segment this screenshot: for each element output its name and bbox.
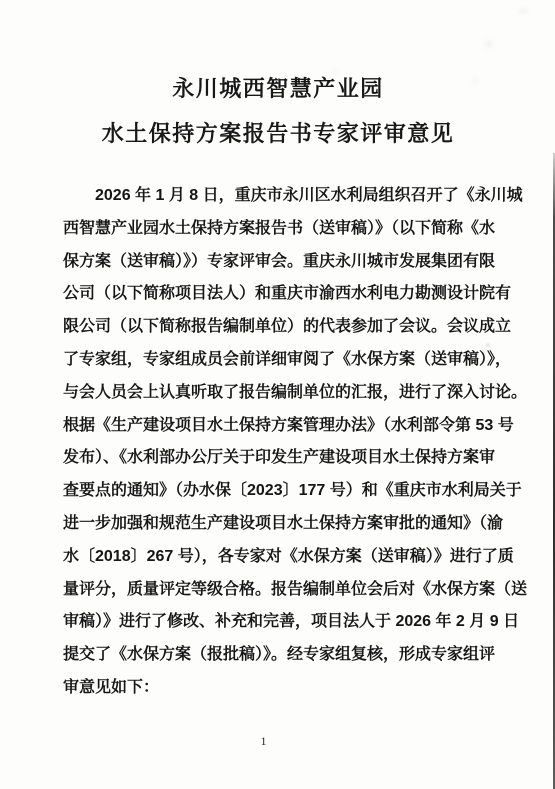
body-line: 保方案（送审稿）》）专家评审会。重庆永川城市发展集团有限 bbox=[63, 246, 494, 279]
scan-smudge bbox=[472, 78, 478, 84]
body-line: 量评分，质量评定等级合格。报告编制单位会后对《水保方案（送 bbox=[63, 574, 494, 607]
body-line: 限公司（以下简称报告编制单位）的代表参加了会议。会议成立 bbox=[63, 311, 494, 344]
body-line: 西智慧产业园水土保持方案报告书（送审稿）》（以下简称《水 bbox=[63, 213, 494, 246]
scan-smudge bbox=[486, 343, 490, 347]
body-line: 审意见如下： bbox=[63, 672, 494, 705]
body-line: 进一步加强和规范生产建设项目水土保持方案审批的通知》（渝 bbox=[63, 508, 494, 541]
body-line: 公司（以下简称项目法人）和重庆市渝西水利电力勘测设计院有 bbox=[63, 278, 494, 311]
document-title-line-2: 水土保持方案报告书专家评审意见 bbox=[63, 111, 493, 156]
body-line: 审稿）》进行了修改、补充和完善，项目法人于 2026 年 2 月 9 日 bbox=[63, 606, 494, 639]
body-line: 发布）、《水利部办公厅关于印发生产建设项目水土保持方案审 bbox=[63, 442, 494, 475]
body-line: 水〔2018〕267 号），各专家对《水保方案（送审稿）》进行了质 bbox=[63, 541, 494, 574]
body-line: 2026 年 1 月 8 日，重庆市永川区水利局组织召开了《永川城 bbox=[63, 180, 494, 213]
body-paragraph: 2026 年 1 月 8 日，重庆市永川区水利局组织召开了《永川城西智慧产业园水… bbox=[63, 180, 494, 705]
body-line: 查要点的通知》（办水保〔2023〕177 号）和《重庆市水利局关于 bbox=[63, 475, 494, 508]
page-number: 1 bbox=[0, 734, 527, 749]
scan-smudge bbox=[518, 8, 528, 14]
scan-smudge bbox=[485, 40, 493, 48]
body-line: 了专家组，专家组成员会前详细审阅了《水保方案（送审稿）》， bbox=[63, 344, 494, 377]
scanned-document-page: 永川城西智慧产业园 水土保持方案报告书专家评审意见 2026 年 1 月 8 日… bbox=[0, 0, 555, 789]
body-line: 与会人员会上认真听取了报告编制单位的汇报，进行了深入讨论。 bbox=[63, 377, 494, 410]
document-title-line-1: 永川城西智慧产业园 bbox=[63, 66, 493, 111]
scan-smudge bbox=[333, 68, 339, 73]
body-line: 根据《生产建设项目水土保持方案管理办法》（水利部令第 53 号 bbox=[63, 410, 494, 443]
body-line: 提交了《水保方案（报批稿）》。经专家组复核，形成专家组评 bbox=[63, 639, 494, 672]
document-title: 永川城西智慧产业园 水土保持方案报告书专家评审意见 bbox=[63, 66, 493, 156]
